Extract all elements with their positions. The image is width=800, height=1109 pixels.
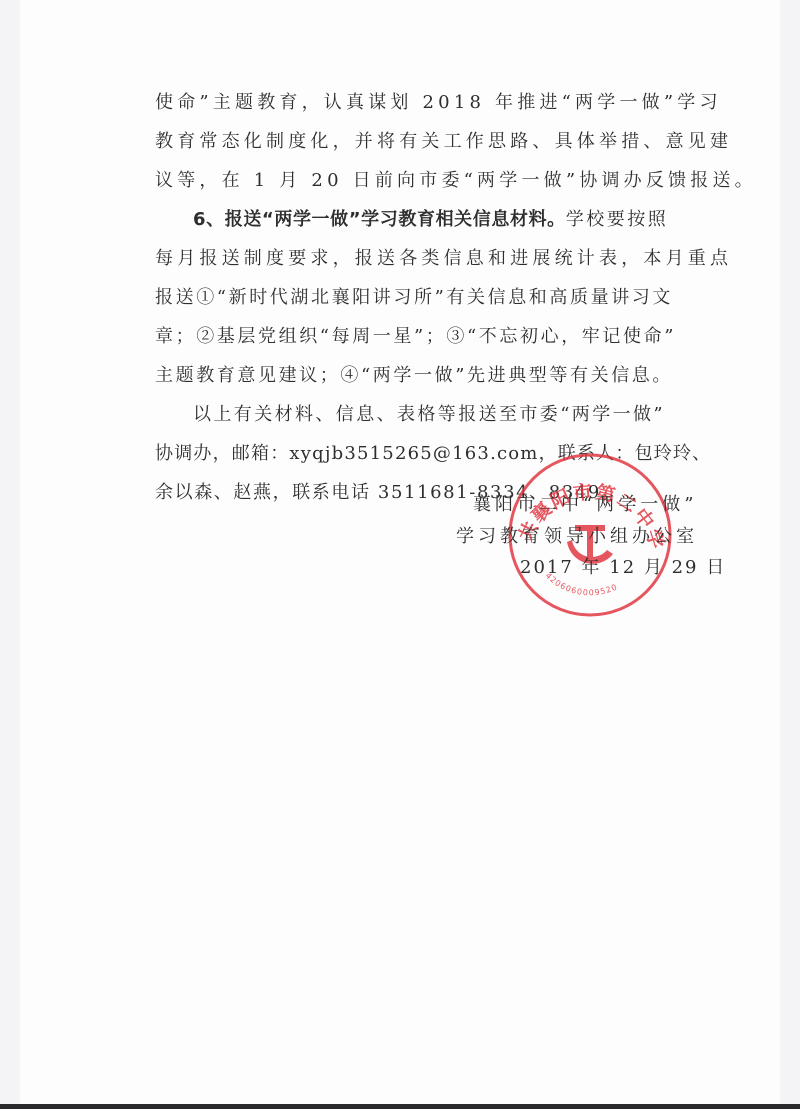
- section-6-line-2: 报送①“新时代湖北襄阳讲习所”有关信息和高质量讲习文: [155, 285, 673, 311]
- section-6-heading-tail: 学校要按照: [566, 209, 669, 230]
- body-line-3: 议等，在 1 月 20 日前向市委“两学一做”协调办反馈报送。: [155, 168, 757, 194]
- body-line-2: 教育常态化制度化，并将有关工作思路、具体举措、意见建: [155, 129, 732, 155]
- section-6-line-1: 每月报送制度要求，报送各类信息和进展统计表，本月重点: [155, 246, 732, 272]
- section-6-heading: 6、报送“两学一做”学习教育相关信息材料。: [193, 209, 566, 230]
- body-line-1: 使命”主题教育，认真谋划 2018 年推进“两学一做”学习: [155, 90, 722, 116]
- section-6-line-3: 章；②基层党组织“每周一星”；③“不忘初心，牢记使命”: [155, 324, 676, 350]
- contact-line-1: 以上有关材料、信息、表格等报送至市委“两学一做”: [193, 402, 665, 428]
- signature-org-line-2: 学习教育领导小组办公室: [456, 522, 698, 548]
- section-6-line-4: 主题教育意见建议；④“两学一做”先进典型等有关信息。: [155, 363, 673, 389]
- section-6-first-line: 6、报送“两学一做”学习教育相关信息材料。学校要按照: [193, 207, 668, 233]
- signature-org-line-1: 襄阳市二中“两学一做”: [473, 490, 697, 516]
- scan-edge: [0, 1104, 800, 1109]
- signature-date: 2017 年 12 月 29 日: [520, 553, 726, 579]
